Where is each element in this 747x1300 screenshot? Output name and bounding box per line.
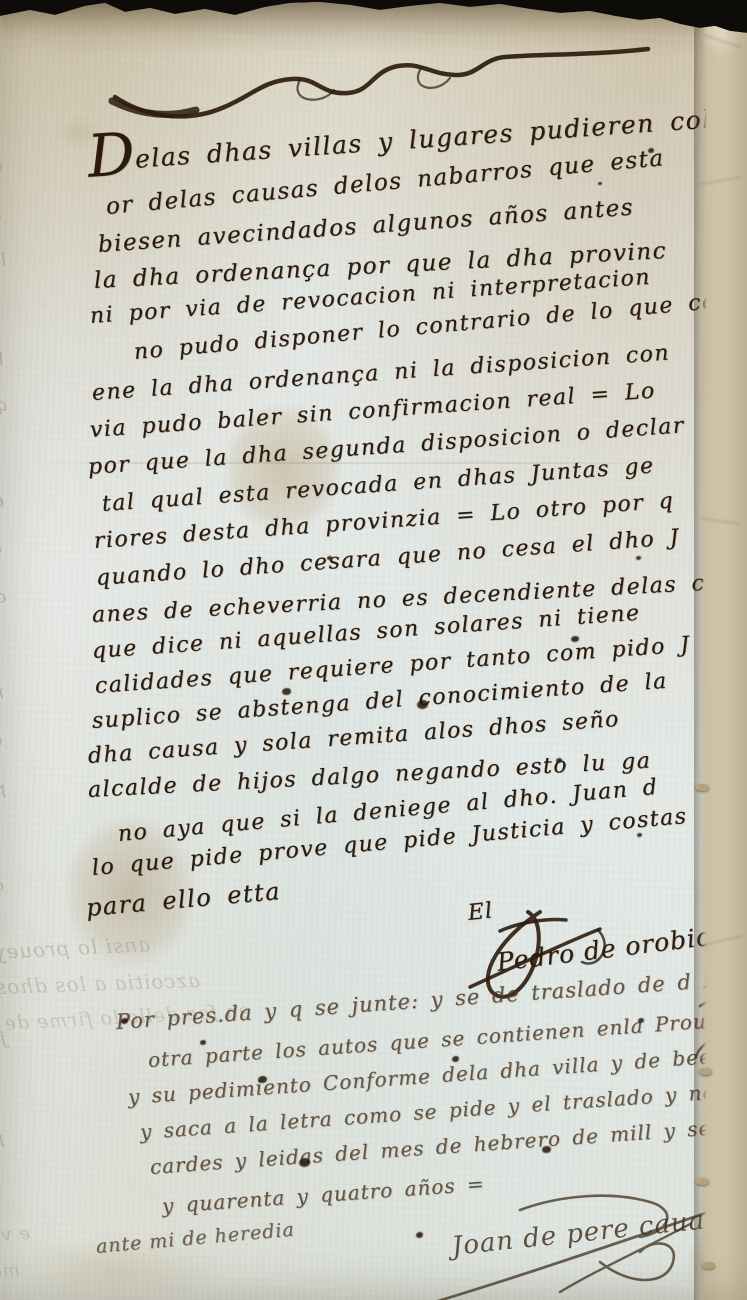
ink-blot [299,1158,310,1167]
binding-stitch [696,784,709,791]
closing-rubric-descender [600,1243,674,1280]
bleedthrough-fragment: firma d [0,1130,4,1152]
bleedthrough-fragment: pedimi [0,780,7,803]
bleedthrough-fragment: autos q [0,876,5,900]
bleedthrough-fragment: como de [0,536,2,558]
page-gutter-fold [694,0,747,1300]
ink-blot [542,1146,551,1153]
bleedthrough-fragment: sobre q [0,631,1,654]
bleedthrough-fragment: de los a [0,300,1,325]
manuscript-scan: q el dndo sela qualde los apor la qq ans… [0,0,747,1300]
ink-blot [648,148,654,153]
bleedthrough-fragment: de su p [0,726,3,750]
ink-blot [636,556,641,560]
bleedthrough-fragment: q el d [0,153,5,175]
bleedthrough-fragment: por la q [0,343,5,366]
ink-blot [598,182,602,185]
bleedthrough-fragment: q ansi [0,396,8,417]
ink-blot [638,1018,644,1023]
ink-blot [571,636,579,642]
signature-licenciado-prefix: El [467,898,495,925]
wrinkle-line [700,935,741,947]
ink-blot [556,758,562,763]
bleedthrough-fragment: ndo se [0,206,3,227]
bleedthrough-fragment: justicia [0,1030,7,1053]
ink-blot [417,700,428,709]
bleedthrough-fragment: razon d [0,684,4,706]
opening-rubric-tail [112,101,196,114]
ink-blot [327,556,332,560]
ink-blot [200,1040,206,1045]
torn-top-edge [0,0,747,52]
bleedthrough-fragment: el dho s [0,492,5,515]
binding-stitch [696,1178,709,1185]
paper-tear [700,0,742,60]
ink-blot [452,1056,459,1062]
bleedthrough-fragment: la qual [0,248,6,270]
decorated-initial: D [85,119,137,191]
notary-line: y quarenta y quatro años = [161,1173,485,1216]
ink-blot [282,688,291,695]
opening-rubric-flourish [115,49,648,116]
wrinkle-line [698,176,742,186]
ink-blot [258,1076,267,1083]
ink-blot [121,1018,128,1024]
opening-rubric-loop [297,70,450,100]
bleedthrough-fragment: della se [0,588,7,613]
bleedthrough-fragment: dende el [0,437,1,462]
bleedthrough-fragment: mando que se cumpla lo proueydo [0,1262,20,1292]
wrinkle-line [700,517,740,525]
bleedthrough-fragment: proueyo [0,1174,3,1198]
manuscript-page: q el dndo sela qualde los apor la qq ans… [0,0,747,1300]
manuscript-line: para ello etta [85,879,282,920]
ink-blot [416,1232,423,1238]
ink-blot [637,833,642,837]
binding-stitch [702,1262,715,1269]
bleedthrough-fragment: azcoitia a los dhos dias mes y año suso … [0,970,200,1007]
signature-notary-name: Joan de pere caual [450,1205,715,1262]
binding-stitch [699,1068,712,1075]
ante-mi-note: ante mi de heredia [95,1219,296,1258]
